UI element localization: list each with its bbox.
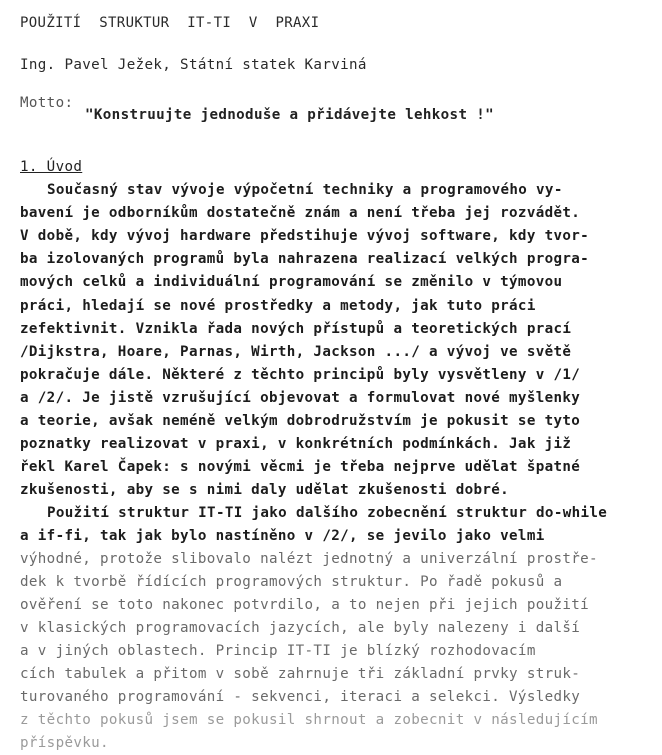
text-line: V době, kdy vývoj hardware předstihuje v…	[20, 227, 589, 245]
motto-label: Motto:	[20, 94, 73, 112]
text-line: Současný stav vývoje výpočetní techniky …	[47, 181, 563, 199]
text-line: z těchto pokusů jsem se pokusil shrnout …	[20, 711, 598, 729]
document-title: POUŽITÍ STRUKTUR IT-TI V PRAXI	[20, 14, 319, 32]
motto-text: "Konstruujte jednoduše a přidávejte lehk…	[85, 106, 494, 124]
text-line: zkušenosti, aby se s nimi daly udělat zk…	[20, 481, 509, 499]
text-line: Použití struktur IT-TI jako dalšího zobe…	[47, 504, 607, 522]
text-line: a teorie, avšak neméně velkým dobrodružs…	[20, 412, 580, 430]
text-line: ověření se toto nakonec potvrdilo, a to …	[20, 596, 589, 614]
text-line: poznatky realizovat v praxi, v konkrétní…	[20, 435, 571, 453]
text-line: v klasických programovacích jazycích, al…	[20, 619, 580, 637]
text-line: a v jiných oblastech. Princip IT-TI je b…	[20, 642, 536, 660]
text-line: ba izolovaných programů byla nahrazena r…	[20, 250, 589, 268]
text-line: /Dijkstra, Hoare, Parnas, Wirth, Jackson…	[20, 343, 571, 361]
text-line: příspěvku.	[20, 734, 109, 752]
text-line: dek k tvorbě řídících programových struk…	[20, 573, 562, 591]
text-line: pokračuje dále. Některé z těchto princip…	[20, 366, 580, 384]
text-line: a /2/. Je jistě vzrušující objevovat a f…	[20, 389, 580, 407]
text-line: zefektivnit. Vznikla řada nových přístup…	[20, 320, 571, 338]
document-page: POUŽITÍ STRUKTUR IT-TI V PRAXI Ing. Pave…	[0, 0, 662, 755]
text-line: a if-fi, tak jak bylo nastíněno v /2/, s…	[20, 527, 545, 545]
section-heading: 1. Úvod	[20, 158, 82, 176]
text-line: práci, hledají se nové prostředky a meto…	[20, 297, 536, 315]
document-author: Ing. Pavel Ježek, Státní statek Karviná	[20, 56, 367, 74]
text-line: bavení je odborníkům dostatečně znám a n…	[20, 204, 580, 222]
text-line: výhodné, protože slibovalo nalézt jednot…	[20, 550, 598, 568]
text-line: řekl Karel Čapek: s novými věcmi je třeb…	[20, 458, 580, 476]
text-line: turovaného programování - sekvenci, iter…	[20, 688, 580, 706]
text-line: cích tabulek a přitom v sobě zahrnuje tř…	[20, 665, 580, 683]
text-line: mových celků a individuální programování…	[20, 273, 562, 291]
